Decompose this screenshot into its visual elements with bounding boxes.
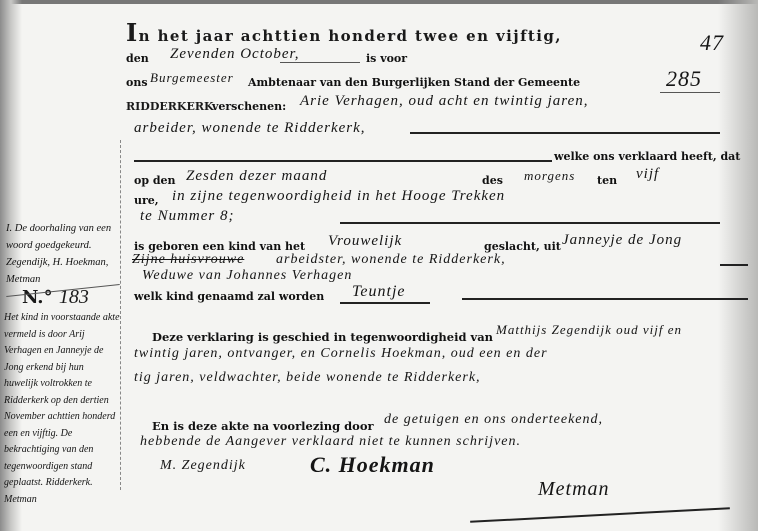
handwritten-struck-text: Zijne huisvrouwe: [132, 252, 244, 268]
label-deze-verklaring: Deze verklaring is geschied in tegenwoor…: [152, 330, 493, 344]
label-municipality: RIDDERKERK: [126, 100, 214, 113]
handwritten-witness-2: twintig jaren, ontvanger, en Cornelis Ho…: [134, 346, 548, 362]
name-underline: [340, 302, 430, 304]
handwritten-house-number: te Nummer 8;: [140, 208, 235, 225]
scan-edge: [0, 0, 758, 4]
document-scan: In het jaar achttien honderd twee en vij…: [0, 0, 758, 531]
register-number-top: 47: [700, 30, 724, 56]
handwritten-official-title: Burgemeester: [150, 70, 234, 86]
label-ons: ons: [126, 76, 148, 89]
label-verschenen: verschenen:: [212, 100, 286, 113]
register-number-bottom: 285: [666, 66, 702, 92]
handwritten-hour: vijf: [636, 166, 659, 183]
margin-annotation-recognition: Het kind in voorstaande akte vermeld is …: [4, 310, 120, 508]
title-initial: I: [126, 18, 139, 47]
label-den: den: [126, 52, 149, 65]
label-op-den: op den: [134, 174, 176, 187]
handwritten-birth-day: Zesden dezer maand: [186, 168, 327, 185]
fill-line: [280, 62, 360, 63]
handwritten-sex: Vrouwelijk: [328, 233, 402, 250]
label-ambtenaar: Ambtenaar van den Burgerlijken Stand der…: [248, 76, 580, 89]
handwritten-birth-place: in zijne tegenwoordigheid in het Hooge T…: [172, 188, 505, 205]
handwritten-mother: Janneyje de Jong: [562, 232, 682, 249]
label-welke-ons: welke ons verklaard heeft, dat: [554, 150, 740, 163]
handwritten-date: Zevenden October,: [170, 46, 299, 63]
label-ure: ure,: [134, 194, 159, 207]
margin-annotation-top: I. De doorhaling van een woord goedgekeu…: [6, 220, 116, 288]
signature-witness-2: C. Hoekman: [310, 452, 435, 478]
handwritten-widow-of: Weduwe van Johannes Verhagen: [142, 268, 352, 284]
label-ten: ten: [597, 174, 617, 187]
title-text: n het jaar achttien honderd twee en vijf…: [139, 27, 562, 45]
label-en-is-deze-akte: En is deze akte na voorlezing door: [152, 419, 374, 433]
fill-line: [462, 298, 748, 300]
act-number: N.° 183: [22, 286, 89, 309]
fill-line: [340, 222, 720, 224]
label-welk-kind: welk kind genaamd zal worden: [134, 290, 324, 303]
handwritten-time-of-day: morgens: [524, 168, 575, 184]
label-is-voor: is voor: [366, 52, 407, 65]
signature-underline: [470, 507, 730, 523]
handwritten-witness-details: tig jaren, veldwachter, beide wonende te…: [134, 370, 481, 386]
document-title: In het jaar achttien honderd twee en vij…: [126, 18, 562, 47]
handwritten-child-name: Teuntje: [352, 283, 406, 301]
label-des: des: [482, 174, 503, 187]
handwritten-signed-by: de getuigen en ons onderteekend,: [384, 412, 603, 428]
handwritten-witness-1: Matthijs Zegendijk oud vijf en: [496, 322, 682, 338]
fill-line: [134, 160, 552, 162]
handwritten-could-not-write: hebbende de Aangever verklaard niet te k…: [140, 434, 521, 450]
handwritten-occupation-residence: arbeider, wonende te Ridderkerk,: [134, 120, 366, 137]
handwritten-declarant: Arie Verhagen, oud acht en twintig jaren…: [300, 93, 588, 110]
fill-line: [720, 264, 748, 266]
signature-registrar: Metman: [538, 478, 610, 501]
signature-witness-1: M. Zegendijk: [160, 458, 246, 474]
fill-line: [410, 132, 720, 134]
handwritten-mother-occupation: arbeidster, wonende te Ridderkerk,: [276, 252, 506, 268]
act-number-label: N.°: [22, 287, 53, 308]
margin-divider: [120, 140, 122, 490]
number-underline: [660, 92, 720, 93]
